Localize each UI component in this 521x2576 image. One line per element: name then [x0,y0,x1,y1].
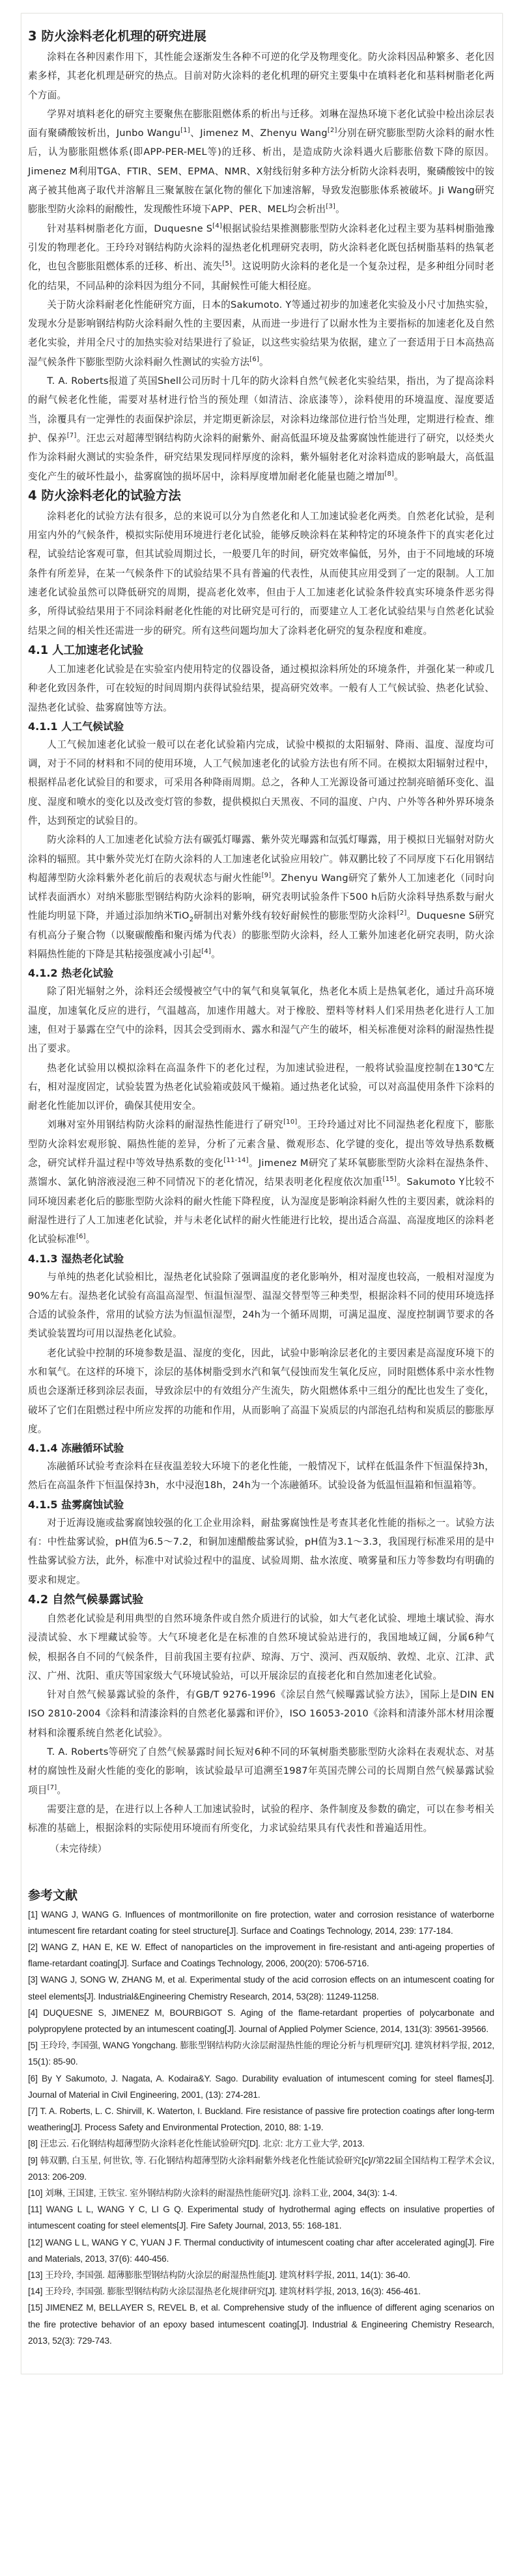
citation[interactable]: [15] [383,1176,397,1183]
paragraph: 针对基料树脂老化方面，Duquesne S[4]根据试验结果推测膨胀型防火涂料老… [28,219,494,295]
reference-item: [11] WANG L L, WANG Y C, LI G Q. Experim… [28,2201,494,2234]
to-be-continued-note: （未完待续） [28,1839,494,1858]
subsection-heading: 4.2 自然气候暴露试验 [28,1591,494,1609]
paragraph: 涂料老化的试验方法有很多，总的来说可以分为自然老化和人工加速试验老化两类。自然老… [28,507,494,640]
subsection-heading: 4.1 人工加速老化试验 [28,642,494,660]
citation[interactable]: [2] [328,127,337,134]
citation[interactable]: [6] [76,1233,86,1240]
section-body: 涂料在各种因素作用下，其性能会逐渐发生各种不可逆的化学及物理变化。防火涂料因品种… [28,47,494,486]
section-3: 3 防火涂料老化机理的研究进展 涂料在各种因素作用下，其性能会逐渐发生各种不可逆… [28,27,494,486]
reference-item: [3] WANG J, SONG W, ZHANG M, et al. Expe… [28,1972,494,2004]
reference-item: [4] DUQUESNE S, JIMENEZ M, BOURBIGOT S. … [28,2005,494,2037]
section-4-2: 4.2 自然气候暴露试验 自然老化试验是利用典型的自然环境条件或自然介质进行的试… [28,1591,494,1858]
paragraph: 防火涂料的人工加速老化试验方法有碳弧灯曝露、紫外荧光曝露和氙弧灯曝露，用于模拟日… [28,830,494,964]
spacer [28,1858,494,1886]
paragraph: 热老化试验用以模拟涂料在高温条件下的老化过程，为加速试验进程，一般将试验温度控制… [28,1059,494,1116]
paragraph: 人工气候加速老化试验一般可以在老化试验箱内完成，试验中模拟的太阳辐射、降雨、温度… [28,735,494,830]
references-heading: 参考文献 [28,1886,494,1905]
citation[interactable]: [7] [67,432,77,439]
paragraph: T. A. Roberts等研究了自然气候暴露时间长短对6种不同的环氧树脂类膨胀… [28,1742,494,1800]
section-body: 除了阳光辐射之外，涂料还会缓慢被空气中的氧气和臭氧氧化，热老化本质上是热氧老化，… [28,982,494,1249]
citation[interactable]: [11-14] [223,1157,248,1164]
references-section: 参考文献 [1] WANG J, WANG G. Influences of m… [28,1886,494,2349]
paragraph: 需要注意的是，在进行以上各种人工加速试验时，试验的程序、条件制度及参数的确定，可… [28,1800,494,1838]
citation[interactable]: [4] [201,948,211,955]
reference-item: [12] WANG L L, WANG Y C, YUAN J F. Therm… [28,2234,494,2267]
subsubsection-heading: 4.1.3 湿热老化试验 [28,1251,494,1268]
section-body: 自然老化试验是利用典型的自然环境条件或自然介质进行的试验，如大气老化试验、埋地土… [28,1609,494,1838]
paragraph: 针对自然气候暴露试验的条件，有GB/T 9276-1996《涂层自然气候曝露试验… [28,1685,494,1742]
section-4-1-1: 4.1.1 人工气候试验 人工气候加速老化试验一般可以在老化试验箱内完成，试验中… [28,718,494,964]
paragraph: 涂料在各种因素作用下，其性能会逐渐发生各种不可逆的化学及物理变化。防火涂料因品种… [28,47,494,105]
section-heading: 4 防火涂料老化的试验方法 [28,486,494,506]
reference-item: [10] 刘琳, 王国建, 王铁宝. 室外钢结构防火涂料的耐湿热性能研究[J].… [28,2185,494,2201]
citation[interactable]: [5] [222,260,232,267]
reference-item: [14] 王玲玲, 李国强. 膨胀型钢结构防火涂层湿热老化规律研究[J]. 建筑… [28,2283,494,2299]
paragraph: 学界对填料老化的研究主要聚焦在膨胀阻燃体系的析出与迁移。刘琳在湿热环境下老化试验… [28,105,494,219]
subscript: 2 [190,916,194,923]
paragraph: 刘琳对室外用钢结构防火涂料的耐湿热性能进行了研究[10]。王玲玲通过对比不同湿热… [28,1115,494,1249]
paragraph: 老化试验中控制的环境参数是温、湿度的变化，因此，试验中影响涂层老化的主要因素是高… [28,1344,494,1439]
paragraph: 与单纯的热老化试验相比，湿热老化试验除了强调温度的老化影响外，相对湿度也较高，一… [28,1268,494,1344]
section-4-1: 4.1 人工加速老化试验 人工加速老化试验是在实验室内使用特定的仪器设备，通过模… [28,642,494,717]
section-4-1-3: 4.1.3 湿热老化试验 与单纯的热老化试验相比，湿热老化试验除了强调温度的老化… [28,1251,494,1439]
subsubsection-heading: 4.1.5 盐雾腐蚀试验 [28,1497,494,1513]
subsubsection-heading: 4.1.4 冻融循环试验 [28,1440,494,1457]
section-body: 涂料老化的试验方法有很多，总的来说可以分为自然老化和人工加速试验老化两类。自然老… [28,507,494,640]
citation[interactable]: [6] [249,356,259,363]
paragraph: 自然老化试验是利用典型的自然环境条件或自然介质进行的试验，如大气老化试验、埋地土… [28,1609,494,1685]
reference-item: [1] WANG J, WANG G. Influences of montmo… [28,1906,494,1939]
section-body: 冻融循环试验考查涂料在昼夜温差较大环境下的老化性能，一般情况下，试样在低温条件下… [28,1457,494,1495]
reference-item: [5] 王玲玲, 李国强, WANG Yongchang. 膨胀型钢结构防火涂层… [28,2037,494,2070]
subsubsection-heading: 4.1.1 人工气候试验 [28,718,494,735]
citation[interactable]: [8] [384,470,394,478]
article-card: 3 防火涂料老化机理的研究进展 涂料在各种因素作用下，其性能会逐渐发生各种不可逆… [21,13,503,2374]
section-body: 人工加速老化试验是在实验室内使用特定的仪器设备，通过模拟涂料所处的环境条件，并强… [28,660,494,717]
citation[interactable]: [9] [262,872,272,879]
citation[interactable]: [1] [180,127,190,134]
section-body: 对于近海设施或盐雾腐蚀较强的化工企业用涂料，耐盐雾腐蚀性是考查其老化性能的指标之… [28,1513,494,1590]
paragraph: 人工加速老化试验是在实验室内使用特定的仪器设备，通过模拟涂料所处的环境条件，并强… [28,660,494,717]
reference-list: [1] WANG J, WANG G. Influences of montmo… [28,1906,494,2349]
section-4-1-2: 4.1.2 热老化试验 除了阳光辐射之外，涂料还会缓慢被空气中的氧气和臭氧氧化，… [28,965,494,1249]
section-4-1-5: 4.1.5 盐雾腐蚀试验 对于近海设施或盐雾腐蚀较强的化工企业用涂料，耐盐雾腐蚀… [28,1497,494,1590]
paragraph: 除了阳光辐射之外，涂料还会缓慢被空气中的氧气和臭氧氧化，热老化本质上是热氧老化，… [28,982,494,1058]
reference-item: [13] 王玲玲, 李国强. 超薄膨胀型钢结构防火涂层的耐湿热性能[J]. 建筑… [28,2267,494,2283]
paragraph: 冻融循环试验考查涂料在昼夜温差较大环境下的老化性能，一般情况下，试样在低温条件下… [28,1457,494,1495]
citation[interactable]: [2] [397,910,407,917]
reference-item: [15] JIMENEZ M, BELLAYER S, REVEL B, et … [28,2299,494,2349]
paragraph: 关于防火涂料耐老化性能研究方面，日本的Sakumoto. Y等通过初步的加速老化… [28,295,494,372]
section-body: 与单纯的热老化试验相比，湿热老化试验除了强调温度的老化影响外，相对湿度也较高，一… [28,1268,494,1439]
subsubsection-heading: 4.1.2 热老化试验 [28,965,494,982]
section-heading: 3 防火涂料老化机理的研究进展 [28,27,494,46]
citation[interactable]: [3] [326,204,335,211]
paragraph: T. A. Roberts报道了英国Shell公司历时十几年的防火涂料自然气候老… [28,372,494,486]
reference-item: [2] WANG Z, HAN E, KE W. Effect of nanop… [28,1939,494,1972]
reference-item: [7] T. A. Roberts, L. C. Shirvill, K. Wa… [28,2103,494,2135]
section-body: 人工气候加速老化试验一般可以在老化试验箱内完成，试验中模拟的太阳辐射、降雨、温度… [28,735,494,964]
section-4-1-4: 4.1.4 冻融循环试验 冻融循环试验考查涂料在昼夜温差较大环境下的老化性能，一… [28,1440,494,1495]
paragraph: 对于近海设施或盐雾腐蚀较强的化工企业用涂料，耐盐雾腐蚀性是考查其老化性能的指标之… [28,1513,494,1590]
section-4: 4 防火涂料老化的试验方法 涂料老化的试验方法有很多，总的来说可以分为自然老化和… [28,486,494,640]
citation[interactable]: [7] [48,1784,57,1791]
citation[interactable]: [4] [212,223,222,230]
reference-item: [6] By Y Sakumoto, J. Nagata, A. Kodaira… [28,2070,494,2103]
citation[interactable]: [10] [283,1119,297,1126]
reference-item: [8] 汪忠云. 石化钢结构超薄型防火涂料老化性能试验研究[D]. 北京: 北方… [28,2135,494,2152]
reference-item: [9] 韩双鹏, 白玉星, 何世钦, 等. 石化钢结构超薄型防火涂料耐紫外线老化… [28,2152,494,2185]
